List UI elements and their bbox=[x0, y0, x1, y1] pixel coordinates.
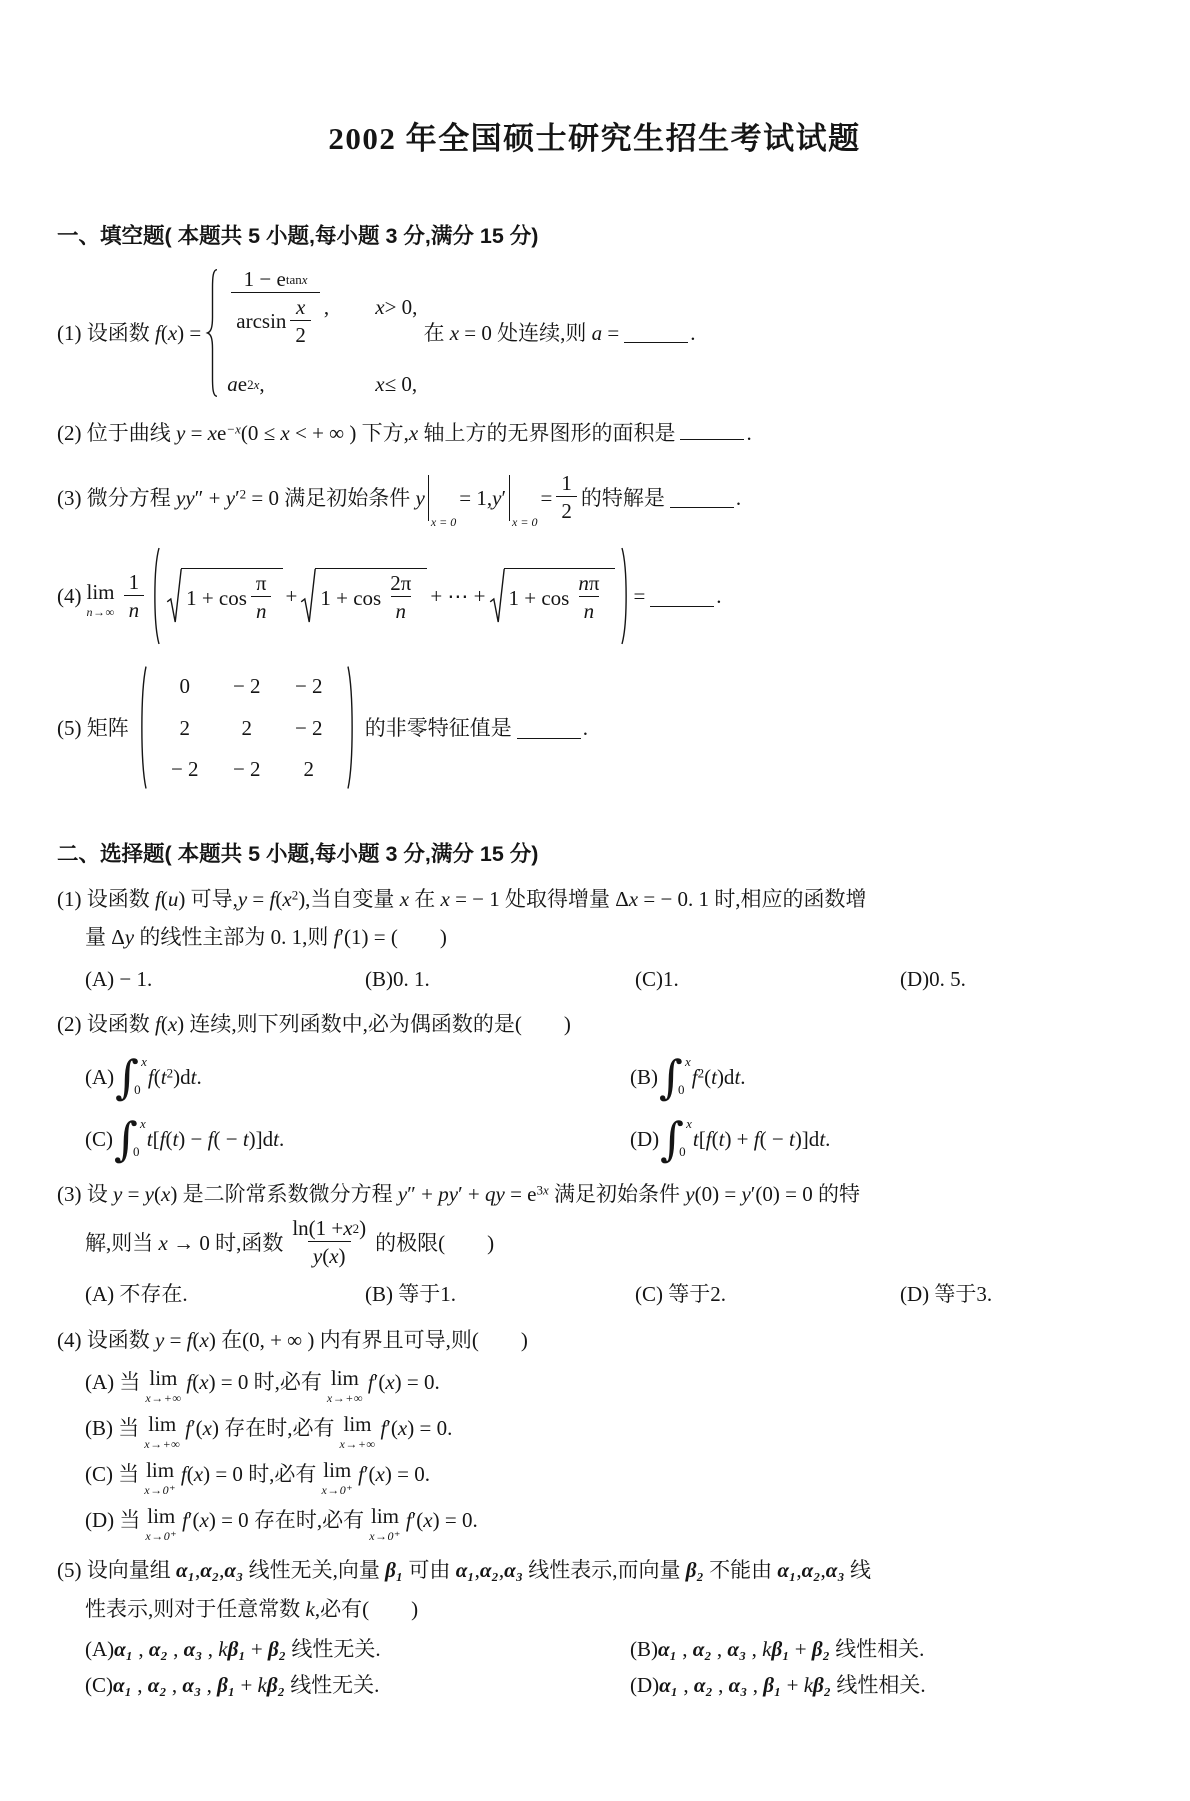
one-half-fraction: 1 2 bbox=[556, 471, 577, 524]
radical-icon bbox=[489, 568, 505, 624]
limit-operator: limx→0⁺ bbox=[321, 1460, 353, 1496]
case1-comma: , bbox=[324, 293, 329, 321]
period: . bbox=[716, 582, 721, 610]
section-fill-heading: 一、填空题( 本题共 5 小题,每小题 3 分,满分 15 分) bbox=[57, 222, 1132, 251]
choice-q2-stem: (2) 设函数 f(x) 连续,则下列函数中,必为偶函数的是( ) bbox=[57, 1010, 1132, 1038]
matrix-cell: 0 bbox=[180, 672, 191, 700]
fill-q3-equals: = bbox=[540, 484, 552, 512]
section-choice-heading: 二、选择题( 本题共 5 小题,每小题 3 分,满分 15 分) bbox=[57, 840, 1132, 869]
period: . bbox=[746, 421, 751, 445]
fill-q1-tail: 在 x = 0 处连续,则 a = bbox=[423, 319, 619, 347]
limit-operator: limx→+∞ bbox=[340, 1414, 376, 1450]
case1-condition: x > 0, bbox=[375, 293, 417, 321]
evaluation-bar: x = 0 bbox=[509, 475, 537, 521]
answer-blank bbox=[670, 487, 734, 508]
choice-q2-option-b: (B) ∫x0 f2(t)dt. bbox=[630, 1052, 1132, 1102]
integral-upper-bound: x bbox=[140, 1115, 146, 1133]
exam-title: 2002 年全国硕士研究生招生考试试题 bbox=[57, 118, 1132, 160]
choice-q4-option-b: (B) 当 limx→+∞ f′(x) 存在时,必有 limx→+∞ f′(x)… bbox=[57, 1410, 1132, 1446]
choice-q3-line1: (3) 设 y = y(x) 是二阶常系数微分方程 y″ + py′ + qy … bbox=[57, 1180, 1132, 1208]
eval-subscript: x = 0 bbox=[512, 514, 537, 530]
integral-upper-bound: x bbox=[141, 1053, 147, 1071]
fill-q5-post: 的非零特征值是 bbox=[365, 714, 512, 742]
choice-q5-option-d: (D)α₁ , α₂ , α₃ , β₁ + kβ₂ 线性相关. bbox=[630, 1671, 1132, 1699]
fill-q1-lead: (1) 设函数 f(x) = bbox=[57, 319, 201, 347]
sqrt-term-1: 1 + cosπn bbox=[166, 568, 282, 624]
matrix-cell: − 2 bbox=[233, 672, 261, 700]
piecewise-function: 1 − etan x arcsin x 2 , x > 0, ae2x, x ≤… bbox=[205, 267, 417, 399]
exam-page: 2002 年全国硕士研究生招生考试试题 一、填空题( 本题共 5 小题,每小题 … bbox=[0, 118, 1190, 1740]
answer-blank bbox=[680, 419, 744, 440]
integral-upper-bound: x bbox=[686, 1115, 692, 1133]
choice-q2-option-a: (A) ∫x0 f(t2)dt. bbox=[85, 1052, 630, 1102]
one-over-n-fraction: 1 n bbox=[124, 570, 145, 623]
choice-q1-option-a: (A) − 1. bbox=[85, 965, 365, 993]
period: . bbox=[736, 484, 741, 512]
limit-operator: limx→0⁺ bbox=[145, 1506, 177, 1542]
integral-lower-bound: 0 bbox=[134, 1081, 147, 1099]
choice-q1-option-b: (B)0. 1. bbox=[365, 965, 635, 993]
choice-q2-options-cd: (C) ∫x0 t[f(t) − f( − t)]dt. (D) ∫x0 t[f… bbox=[57, 1114, 1132, 1164]
pi-over-n: πn bbox=[251, 571, 272, 624]
vertical-bar-icon bbox=[509, 475, 510, 521]
fill-q5: (5) 矩阵 0 − 2 − 2 2 2 − 2 − 2 − 2 2 的非零特征… bbox=[57, 664, 1132, 791]
answer-blank bbox=[624, 322, 688, 343]
period: . bbox=[690, 319, 695, 347]
choice-q3-option-a: (A) 不存在. bbox=[85, 1280, 365, 1308]
limit-fraction: ln(1 + x2) y(x) bbox=[287, 1216, 371, 1269]
choice-q1-option-c: (C)1. bbox=[635, 965, 900, 993]
answer-blank bbox=[517, 718, 581, 739]
integral: ∫x0 bbox=[115, 1052, 147, 1102]
fill-q3: (3) 微分方程 yy″ + y′2 = 0 满足初始条件 y x = 0 = … bbox=[57, 471, 1132, 524]
matrix-cell: 2 bbox=[242, 714, 253, 742]
matrix-cell: − 2 bbox=[295, 672, 323, 700]
choice-q3-line2-post: 的极限( ) bbox=[375, 1229, 494, 1257]
choice-q5-line2: 性表示,则对于任意常数 k,必有( ) bbox=[57, 1595, 1132, 1623]
choice-q2-option-d: (D) ∫x0 t[f(t) + f( − t)]dt. bbox=[630, 1114, 1132, 1164]
left-paren-icon bbox=[137, 664, 148, 791]
choice-q1-option-d: (D)0. 5. bbox=[900, 965, 1132, 993]
case1-denominator: arcsin x 2 bbox=[231, 292, 320, 348]
left-paren-icon bbox=[150, 546, 161, 646]
brace-icon bbox=[205, 267, 219, 399]
fill-q3-pre: (3) 微分方程 yy″ + y′2 = 0 满足初始条件 y bbox=[57, 484, 425, 512]
choice-q4-stem: (4) 设函数 y = f(x) 在(0, + ∞ ) 内有界且可导,则( ) bbox=[57, 1326, 1132, 1354]
matrix-cell: − 2 bbox=[295, 714, 323, 742]
choice-q1-line2: 量 Δy 的线性主部为 0. 1,则 f′(1) = ( ) bbox=[57, 923, 1132, 951]
choice-q2-options-ab: (A) ∫x0 f(t2)dt. (B) ∫x0 f2(t)dt. bbox=[57, 1052, 1132, 1102]
arcsin-label: arcsin bbox=[236, 309, 286, 334]
plus-sign: + bbox=[286, 582, 298, 610]
evaluation-bar: x = 0 bbox=[428, 475, 456, 521]
case1-fraction: 1 − etan x arcsin x 2 bbox=[231, 267, 320, 349]
npi-over-n: nπn bbox=[573, 571, 604, 624]
choice-q5-option-a: (A)α₁ , α₂ , α₃ , kβ₁ + β₂ 线性无关. bbox=[85, 1635, 630, 1663]
choice-q2-option-c: (C) ∫x0 t[f(t) − f( − t)]dt. bbox=[85, 1114, 630, 1164]
sqrt-term-n: 1 + cosnπn bbox=[489, 568, 616, 624]
choice-q4-option-d: (D) 当 limx→0⁺ f′(x) = 0 存在时,必有 limx→0⁺ f… bbox=[57, 1502, 1132, 1538]
integral-lower-bound: 0 bbox=[133, 1143, 146, 1161]
choice-q1-options: (A) − 1. (B)0. 1. (C)1. (D)0. 5. bbox=[57, 965, 1132, 993]
fill-q3-mid: = 1,y′ bbox=[459, 484, 506, 512]
integral: ∫x0 bbox=[659, 1052, 691, 1102]
choice-q1-line1: (1) 设函数 f(u) 可导,y = f(x2),当自变量 x 在 x = −… bbox=[57, 885, 1132, 913]
choice-q3-options: (A) 不存在. (B) 等于1. (C) 等于2. (D) 等于3. bbox=[57, 1280, 1132, 1308]
eval-subscript: x = 0 bbox=[431, 514, 456, 530]
case2-expression: ae2x, bbox=[227, 370, 375, 398]
choice-q5-option-b: (B)α₁ , α₂ , α₃ , kβ₁ + β₂ 线性相关. bbox=[630, 1635, 1132, 1663]
cdots: + ⋯ + bbox=[430, 582, 485, 610]
integral-lower-bound: 0 bbox=[678, 1081, 691, 1099]
choice-q3-line2-pre: 解,则当 x → 0 时,函数 bbox=[85, 1229, 283, 1257]
matrix-cells: 0 − 2 − 2 2 2 − 2 − 2 − 2 2 bbox=[148, 664, 346, 791]
2pi-over-n: 2πn bbox=[385, 571, 416, 624]
choice-q5-line1: (5) 设向量组 α₁,α₂,α₃ 线性无关,向量 β₁ 可由 α₁,α₂,α₃… bbox=[57, 1556, 1132, 1584]
matrix-cell: − 2 bbox=[233, 755, 261, 783]
integral-upper-bound: x bbox=[685, 1053, 691, 1071]
choice-q5-options-ab: (A)α₁ , α₂ , α₃ , kβ₁ + β₂ 线性无关. (B)α₁ ,… bbox=[57, 1635, 1132, 1663]
choice-q5-option-c: (C)α₁ , α₂ , α₃ , β₁ + kβ₂ 线性无关. bbox=[85, 1671, 630, 1699]
radical-icon bbox=[166, 568, 182, 624]
limit-operator: limx→0⁺ bbox=[144, 1460, 176, 1496]
choice-q4-option-a: (A) 当 limx→+∞ f(x) = 0 时,必有 limx→+∞ f′(x… bbox=[57, 1364, 1132, 1400]
period: . bbox=[583, 714, 588, 742]
fill-q5-pre: (5) 矩阵 bbox=[57, 714, 129, 742]
fill-q1: (1) 设函数 f(x) = 1 − etan x arcsin x 2 bbox=[57, 267, 1132, 399]
matrix-cell: 2 bbox=[304, 755, 315, 783]
matrix: 0 − 2 − 2 2 2 − 2 − 2 − 2 2 bbox=[137, 664, 357, 791]
case2-condition: x ≤ 0, bbox=[375, 370, 417, 398]
equals-sign: = bbox=[633, 582, 645, 610]
choice-q3-option-b: (B) 等于1. bbox=[365, 1280, 635, 1308]
integral: ∫x0 bbox=[114, 1114, 146, 1164]
fill-q2: (2) 位于曲线 y = xe−x(0 ≤ x < + ∞ ) 下方,x 轴上方… bbox=[57, 419, 1132, 447]
fill-q3-post: 的特解是 bbox=[581, 484, 665, 512]
limit-operator: limn→∞ bbox=[87, 582, 115, 618]
choice-q4-option-c: (C) 当 limx→0⁺ f(x) = 0 时,必有 limx→0⁺ f′(x… bbox=[57, 1456, 1132, 1492]
radical-icon bbox=[300, 568, 316, 624]
choice-q5-options-cd: (C)α₁ , α₂ , α₃ , β₁ + kβ₂ 线性无关. (D)α₁ ,… bbox=[57, 1671, 1132, 1699]
integral-lower-bound: 0 bbox=[679, 1143, 692, 1161]
choice-q3-option-d: (D) 等于3. bbox=[900, 1280, 1132, 1308]
matrix-cell: 2 bbox=[180, 714, 191, 742]
right-paren-icon bbox=[346, 664, 357, 791]
case1-numerator: 1 − etan x bbox=[239, 267, 313, 292]
fill-q2-text: (2) 位于曲线 y = xe−x(0 ≤ x < + ∞ ) 下方,x 轴上方… bbox=[57, 421, 675, 445]
answer-blank bbox=[650, 586, 714, 607]
choice-q3-line2: 解,则当 x → 0 时,函数 ln(1 + x2) y(x) 的极限( ) bbox=[57, 1216, 1132, 1269]
integral: ∫x0 bbox=[660, 1114, 692, 1164]
limit-operator: limx→+∞ bbox=[327, 1368, 363, 1404]
limit-operator: limx→+∞ bbox=[145, 1368, 181, 1404]
sqrt-term-2: 1 + cos2πn bbox=[300, 568, 427, 624]
limit-operator: limx→+∞ bbox=[144, 1414, 180, 1450]
matrix-cell: − 2 bbox=[171, 755, 199, 783]
fill-q4-label: (4) bbox=[57, 582, 82, 610]
x-over-2-fraction: x 2 bbox=[290, 295, 311, 348]
right-paren-icon bbox=[620, 546, 631, 646]
vertical-bar-icon bbox=[428, 475, 429, 521]
piecewise-cases: 1 − etan x arcsin x 2 , x > 0, ae2x, x ≤… bbox=[227, 267, 417, 399]
fill-q4: (4) limn→∞ 1 n 1 + cosπn + 1 + cos2πn + … bbox=[57, 546, 1132, 646]
limit-operator: limx→0⁺ bbox=[369, 1506, 401, 1542]
case1-expression: 1 − etan x arcsin x 2 , bbox=[227, 267, 375, 349]
choice-q3-option-c: (C) 等于2. bbox=[635, 1280, 900, 1308]
